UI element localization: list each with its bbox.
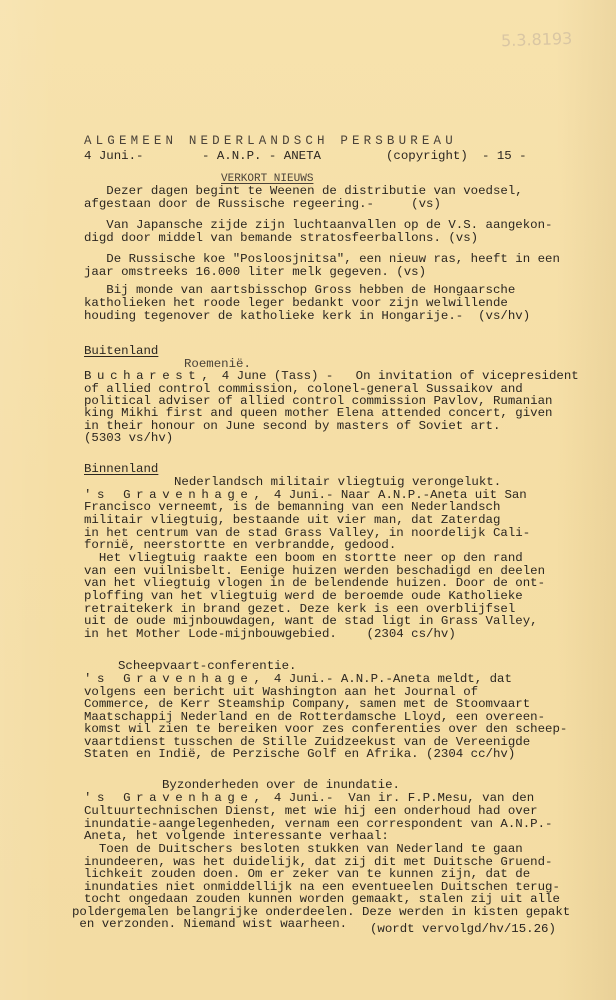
dateline-place: Bucharest, bbox=[84, 369, 214, 383]
dateline-place: 's Gravenhage, bbox=[84, 672, 267, 686]
header-source: - A.N.P. - ANETA bbox=[202, 150, 321, 163]
news-line: houding tegenover de katholieke kerk in … bbox=[84, 310, 530, 323]
news-line: afgestaan door de Russische regeering.- … bbox=[84, 198, 441, 211]
archive-number: 5.3.8193 bbox=[500, 29, 572, 50]
dateline-place: 's Gravenhage, bbox=[84, 791, 267, 805]
header-copyright: (copyright) bbox=[386, 150, 468, 163]
story-line: in het Mother Lode-mijnbouwgebied. (2304… bbox=[84, 628, 456, 641]
document-page: 5.3.8193 ALGEMEEN NEDERLANDSCH PERSBUREA… bbox=[0, 0, 616, 1000]
story-line: Staten en Indië, de Perzische Golf en Af… bbox=[84, 748, 515, 761]
story-line: en verzonden. Niemand wist waarheen. bbox=[72, 918, 347, 931]
news-line: jaar omstreeks 16.000 liter melk gegeven… bbox=[84, 266, 426, 279]
dateline-text: 4 Juni.- Van ir. F.P.Mesu, van den bbox=[267, 791, 535, 805]
news-line: digd door middel van bemande stratosfeer… bbox=[84, 232, 478, 245]
dateline-text: 4 June (Tass) - On invitation of vicepre… bbox=[214, 369, 578, 383]
section-heading: Binnenland bbox=[84, 463, 158, 476]
story-line: (5303 vs/hv) bbox=[84, 432, 173, 445]
dateline-text: 4 Juni.- A.N.P.-Aneta meldt, dat bbox=[267, 672, 512, 686]
continuation-note: (wordt vervolgd/hv/15.26) bbox=[370, 923, 556, 936]
header-page-number: - 15 - bbox=[482, 150, 527, 163]
agency-name: ALGEMEEN NEDERLANDSCH PERSBUREAU bbox=[84, 134, 457, 148]
header-date: 4 Juni.- bbox=[84, 150, 144, 163]
section-heading: Buitenland bbox=[84, 345, 158, 358]
